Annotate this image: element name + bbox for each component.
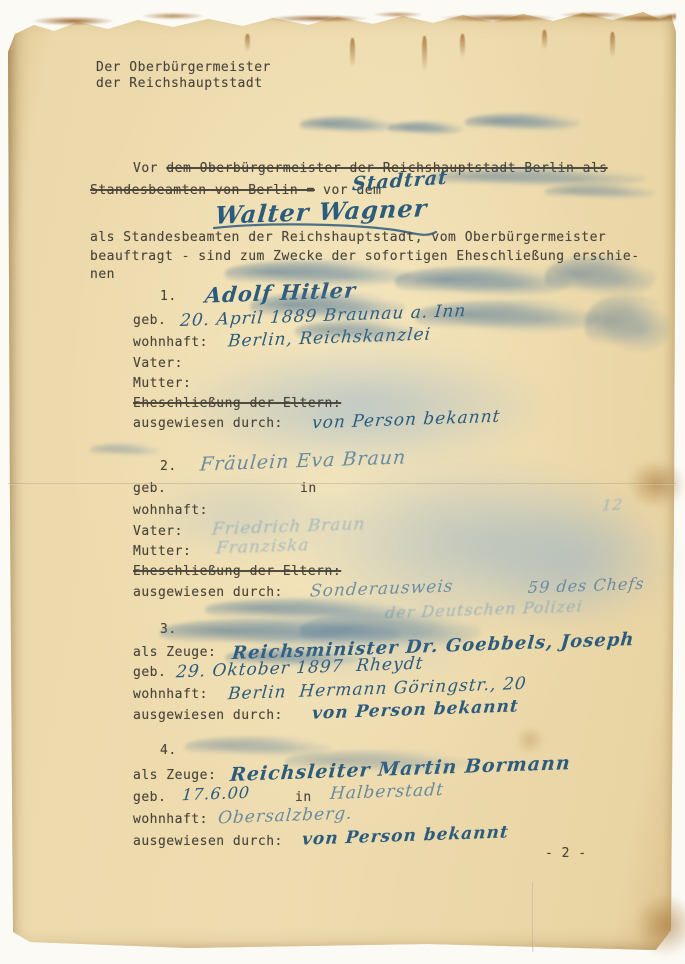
- person1-vater-label: Vater:: [133, 356, 183, 371]
- ink-smudge: [295, 320, 420, 344]
- witness2-in-label: in: [295, 790, 312, 805]
- intro-line-5: nen: [90, 267, 115, 282]
- handwritten-witness2-birthdate: 17.6.00: [181, 783, 251, 804]
- ink-smudge: [388, 121, 463, 136]
- person2-ehe-label: Eheschließung der Eltern:: [133, 564, 341, 579]
- person1-ausgewiesen-label: ausgewiesen durch:: [133, 416, 283, 431]
- rust-drip: [350, 38, 355, 68]
- person2-ausgewiesen-label: ausgewiesen durch:: [133, 585, 283, 600]
- ink-smudge: [250, 292, 405, 322]
- ink-smudge: [465, 113, 580, 132]
- witness1-wohnhaft-label: wohnhaft:: [133, 687, 208, 702]
- ink-smudge: [395, 266, 570, 298]
- witness2-wohnhaft-label: wohnhaft:: [133, 812, 208, 827]
- rust-drip: [460, 34, 465, 58]
- person1-wohnhaft-label: wohnhaft:: [133, 335, 208, 350]
- ink-smudge: [545, 256, 655, 298]
- rust-drip: [542, 30, 547, 50]
- person2-vater-label: Vater:: [133, 524, 183, 539]
- witness2-geb-label: geb.: [133, 790, 166, 805]
- ghost-person2-mother: Franziska: [215, 535, 310, 558]
- person1-mutter-label: Mutter:: [133, 376, 191, 391]
- person2-ehe-struck: Eheschließung der Eltern:: [133, 564, 341, 579]
- fold-crease-vertical: [532, 882, 534, 952]
- person2-mutter-label: Mutter:: [133, 544, 191, 559]
- ink-smudge: [225, 260, 410, 288]
- round-stain: [516, 726, 544, 754]
- rust-drip: [422, 36, 427, 72]
- witness2-zeuge-label: als Zeuge:: [133, 768, 216, 783]
- ink-smudge: [415, 300, 600, 334]
- person1-geb-label: geb.: [133, 313, 166, 328]
- witness2-number: 4.: [160, 743, 177, 758]
- person2-number: 2.: [160, 459, 177, 474]
- witness2-ausgewiesen-label: ausgewiesen durch:: [133, 834, 283, 849]
- ink-smudge: [300, 612, 480, 650]
- page-number: - 2 -: [545, 846, 587, 861]
- ink-smudge: [545, 184, 655, 200]
- ink-smudge: [585, 295, 670, 355]
- person2-wohnhaft-label: wohnhaft:: [133, 503, 208, 518]
- person1-ehe-label: Eheschließung der Eltern:: [133, 396, 341, 411]
- witness1-geb-label: geb.: [133, 665, 166, 680]
- fold-crease: [8, 483, 676, 485]
- ink-smudge: [300, 116, 395, 134]
- rust-drip: [245, 34, 250, 52]
- person1-ehe-struck: Eheschließung der Eltern:: [133, 396, 341, 411]
- intro-prefix: Vor: [133, 161, 166, 176]
- handwritten-witness2-birthplace: Halberstadt: [329, 780, 445, 804]
- intro-line-3: als Standesbeamten der Reichshauptstadt,…: [90, 230, 606, 245]
- rust-drip: [610, 32, 615, 58]
- ink-smudge: [285, 750, 470, 774]
- letterhead-line-2: der Reichshauptstadt: [96, 76, 263, 91]
- witness1-zeuge-label: als Zeuge:: [133, 645, 216, 660]
- torn-edge-rust-stains: [8, 10, 676, 44]
- document-photo: Der Oberbürgermeister der Reichshauptsta…: [0, 0, 685, 964]
- ink-smudge: [90, 443, 160, 457]
- letterhead-line-1: Der Oberbürgermeister: [96, 60, 271, 75]
- intro-struck-text-2: Standesbeamten von Berlin =: [90, 183, 315, 198]
- witness1-ausgewiesen-label: ausgewiesen durch:: [133, 708, 283, 723]
- ghost-margin-note: 12: [601, 496, 624, 515]
- ink-smudge: [225, 648, 360, 668]
- person1-number: 1.: [160, 289, 177, 304]
